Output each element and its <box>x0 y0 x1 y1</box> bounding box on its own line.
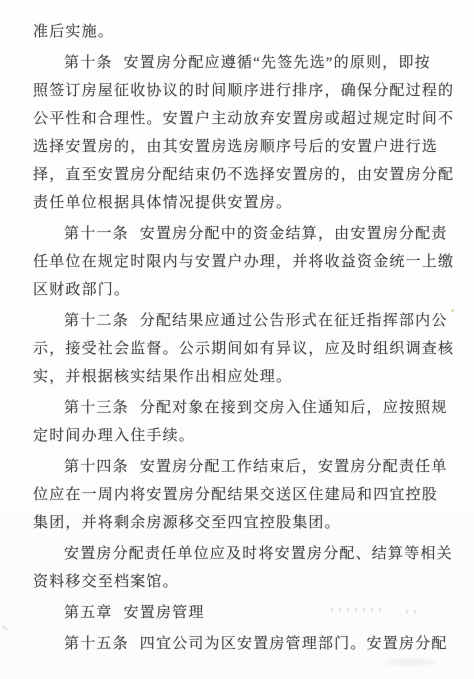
text-line: 公平性和合理性。安置户主动放弃安置房或超过规定时间不 <box>33 105 445 133</box>
text-line: 第十一条 安置房分配中的资金结算，由安置房分配责 <box>33 220 445 248</box>
text-line: 安置房分配责任单位应及时将安置房分配、结算等相关 <box>33 540 445 568</box>
paragraph: 第十二条 分配结果应通过公告形式在征迁指挥部内公示，接受社会监督。公示期间如有异… <box>33 307 445 391</box>
paragraph: 第十一条 安置房分配中的资金结算，由安置房分配责任单位在规定时限内与安置户办理，… <box>33 220 445 304</box>
text-line: 第十四条 安置房分配工作结束后，安置房分配责任单 <box>33 453 445 481</box>
text-line: 任单位在规定时限内与安置户办理，并将收益资金统一上缴 <box>33 248 445 276</box>
paragraph: 准后实施。 <box>33 18 445 46</box>
text-line: 第十三条 分配对象在接到交房入住通知后，应按照规 <box>33 394 445 422</box>
text-line: 实，并根据核实结果作出相应处理。 <box>33 363 445 391</box>
text-line: 照签订房屋征收协议的时间顺序进行排序，确保分配过程的 <box>33 77 445 105</box>
text-line: 第十五条 四宜公司为区安置房管理部门。安置房分配 <box>33 630 445 658</box>
document-text: 准后实施。第十条 安置房分配应遵循“先签先选”的原则，即按照签订房屋征收协议的时… <box>33 18 445 661</box>
text-line: 位应在一周内将安置房分配结果交送区住建局和四宜控股 <box>33 481 445 509</box>
text-line: 第十二条 分配结果应通过公告形式在征迁指挥部内公 <box>33 307 445 335</box>
paragraph: 第十三条 分配对象在接到交房入住通知后，应按照规定时间办理入住手续。 <box>33 394 445 450</box>
paragraph: 第十条 安置房分配应遵循“先签先选”的原则，即按照签订房屋征收协议的时间顺序进行… <box>33 49 445 217</box>
text-line: 区财政部门。 <box>33 276 445 304</box>
scan-smudge <box>331 608 385 611</box>
paragraph: 安置房分配责任单位应及时将安置房分配、结算等相关资料移交至档案馆。 <box>33 540 445 596</box>
text-line: 选择安置房的，由其安置房选房顺序号后的安置户进行选 <box>33 133 445 161</box>
text-line: 第十条 安置房分配应遵循“先签先选”的原则，即按 <box>33 49 445 77</box>
scan-smudge <box>384 658 436 666</box>
paragraph: 第十四条 安置房分配工作结束后，安置房分配责任单位应在一周内将安置房分配结果交送… <box>33 453 445 537</box>
scan-speck <box>451 309 454 312</box>
paragraph: 第十五条 四宜公司为区安置房管理部门。安置房分配 <box>33 630 445 658</box>
text-line: 责任单位根据具体情况提供安置房。 <box>33 189 445 217</box>
text-line: 集团，并将剩余房源移交至四宜控股集团。 <box>33 509 445 537</box>
text-line: 资料移交至档案馆。 <box>33 568 445 596</box>
text-line: 定时间办理入住手续。 <box>33 422 445 450</box>
chapter-heading: 第五章 安置房管理 <box>33 599 445 627</box>
scan-edge-mark <box>2 625 8 630</box>
text-line: 准后实施。 <box>33 18 445 46</box>
text-line: 示，接受社会监督。公示期间如有异议，应及时组织调查核 <box>33 335 445 363</box>
text-line: 第五章 安置房管理 <box>33 599 445 627</box>
scan-smudge <box>406 610 422 613</box>
text-line: 择，直至安置房分配结束仍不选择安置房的，由安置房分配 <box>33 161 445 189</box>
document-page: 准后实施。第十条 安置房分配应遵循“先签先选”的原则，即按照签订房屋征收协议的时… <box>0 0 474 679</box>
